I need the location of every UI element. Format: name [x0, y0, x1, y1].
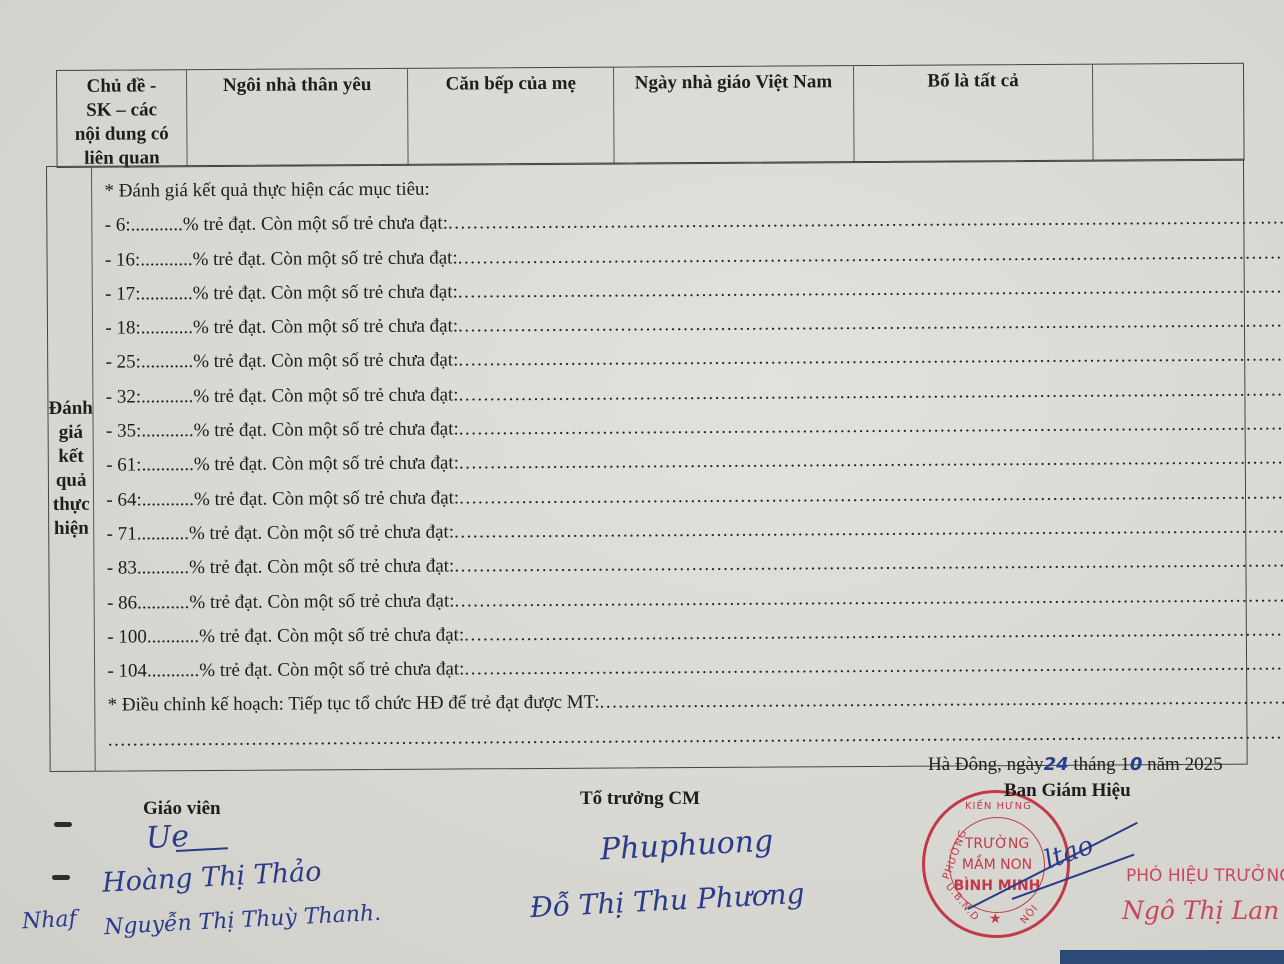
goal-number: - 17:: [105, 277, 141, 312]
goal-text: ...........% trẻ đạt. Còn một số trẻ chư…: [142, 481, 460, 517]
name-stamp: Ngô Thị Lan: [1122, 896, 1279, 925]
stamp-ring-text: NỘI: [1019, 903, 1041, 926]
topic-cell: Ngày nhà giáo Việt Nam: [614, 66, 854, 163]
intro-text: * Đánh giá kết quả thực hiện các mục tiê…: [104, 173, 429, 209]
ink-mark: [54, 822, 72, 827]
goal-text: ...........% trẻ đạt. Còn một số trẻ chư…: [141, 378, 459, 414]
teacher-name-1: Hoàng Thị Thảo: [101, 856, 322, 898]
label-line: nội dung có: [57, 122, 186, 147]
goal-text: ...........% trẻ đạt. Còn một số trẻ chư…: [137, 550, 455, 586]
topic-row-label: Chủ đề - SK – các nội dung có liên quan: [57, 70, 187, 167]
goal-text: ...........% trẻ đạt. Còn một số trẻ chư…: [137, 515, 455, 551]
star-icon: ★: [989, 911, 1002, 927]
evaluation-table: Đánh giá kết quả thực hiện * Đánh giá kế…: [46, 159, 1248, 772]
goal-number: - 16:: [105, 243, 141, 278]
evaluation-content: * Đánh giá kết quả thực hiện các mục tiê…: [92, 156, 1284, 771]
label-line: kết quả: [49, 445, 94, 493]
goal-text: ...........% trẻ đạt. Còn một số trẻ chư…: [141, 310, 459, 346]
date-prefix: Hà Đông, ngày: [928, 754, 1044, 775]
stamp-line: MẦM NON: [962, 855, 1032, 876]
goal-text: ...........% trẻ đạt. Còn một số trẻ chư…: [140, 241, 458, 277]
topic-cell: Ngôi nhà thân yêu: [187, 69, 409, 166]
teacher-title: Giáo viên: [143, 798, 221, 820]
teacher-name-2: Nguyễn Thị Thuỳ Thanh.: [104, 901, 382, 940]
handwritten-day: 24: [1044, 754, 1069, 775]
goal-number: - 100: [107, 620, 147, 655]
date-line: Hà Đông, ngày24 tháng 10 năm 2025: [928, 754, 1223, 776]
head-name: Đỗ Thị Thu Phương: [529, 877, 805, 924]
evaluation-row-label: Đánh giá kết quả thực hiện: [47, 167, 96, 771]
handwritten-month: 0: [1130, 754, 1143, 775]
head-signature: Phuphuong: [599, 823, 774, 867]
role-stamp: PHÓ HIỆU TRƯỞNG: [1126, 866, 1284, 886]
goal-text: ...........% trẻ đạt. Còn một số trẻ chư…: [147, 653, 465, 689]
topic-cell-empty: [1093, 64, 1243, 161]
stamp-ring-text: KIẾN HƯNG: [965, 801, 1032, 812]
goal-text: ...........% trẻ đạt. Còn một số trẻ chư…: [147, 618, 465, 654]
goal-number: - 83: [107, 552, 137, 586]
label-line: Đánh giá: [48, 397, 93, 445]
year-label: năm 2025: [1147, 754, 1222, 775]
goal-number: - 64:: [106, 483, 142, 518]
ink-mark: [52, 875, 70, 880]
goal-number: - 35:: [106, 415, 142, 450]
topic-cell: Căn bếp của mẹ: [408, 68, 614, 165]
topic-header-row: Chủ đề - SK – các nội dung có liên quan …: [56, 63, 1245, 168]
head-title: Tổ trưởng CM: [580, 788, 700, 810]
goal-text: ...........% trẻ đạt. Còn một số trẻ chư…: [140, 275, 458, 311]
topic-cell: Bố là tất cả: [854, 65, 1094, 162]
month-label: tháng 1: [1073, 754, 1129, 775]
goal-number: - 32:: [106, 380, 142, 415]
goal-number: - 104: [107, 655, 147, 690]
goal-text: ...........% trẻ đạt. Còn một số trẻ chư…: [130, 207, 448, 243]
fill-in-dots[interactable]: [599, 679, 1284, 721]
goal-list: - 6:...........% trẻ đạt. Còn một số trẻ…: [105, 198, 1284, 689]
goal-text: ...........% trẻ đạt. Còn một số trẻ chư…: [141, 413, 459, 449]
document-photo: Chủ đề - SK – các nội dung có liên quan …: [0, 0, 1284, 964]
goal-number: - 61:: [106, 449, 142, 484]
background-object: [1060, 950, 1284, 964]
stamp-line: TRƯỜNG: [965, 834, 1029, 855]
goal-number: - 71: [107, 517, 137, 551]
board-title: Ban Giám Hiệu: [1004, 780, 1131, 802]
goal-number: - 86: [107, 586, 137, 620]
goal-text: ...........% trẻ đạt. Còn một số trẻ chư…: [137, 584, 455, 620]
goal-number: - 25:: [105, 346, 141, 381]
goal-text: ...........% trẻ đạt. Còn một số trẻ chư…: [141, 447, 459, 483]
label-line: thực hiện: [49, 493, 94, 541]
stamp-center: TRƯỜNG MẦM NON BÌNH MINH: [949, 817, 1045, 913]
goal-number: - 18:: [105, 312, 141, 347]
label-line: Chủ đề -: [57, 74, 186, 99]
goal-text: ...........% trẻ đạt. Còn một số trẻ chư…: [141, 344, 459, 380]
teacher-signature-2: Nhaf: [21, 907, 77, 935]
label-line: SK – các: [57, 98, 186, 123]
goal-number: - 6:: [105, 209, 131, 243]
adjustment-text: * Điều chỉnh kế hoạch: Tiếp tục tổ chức …: [108, 686, 600, 723]
